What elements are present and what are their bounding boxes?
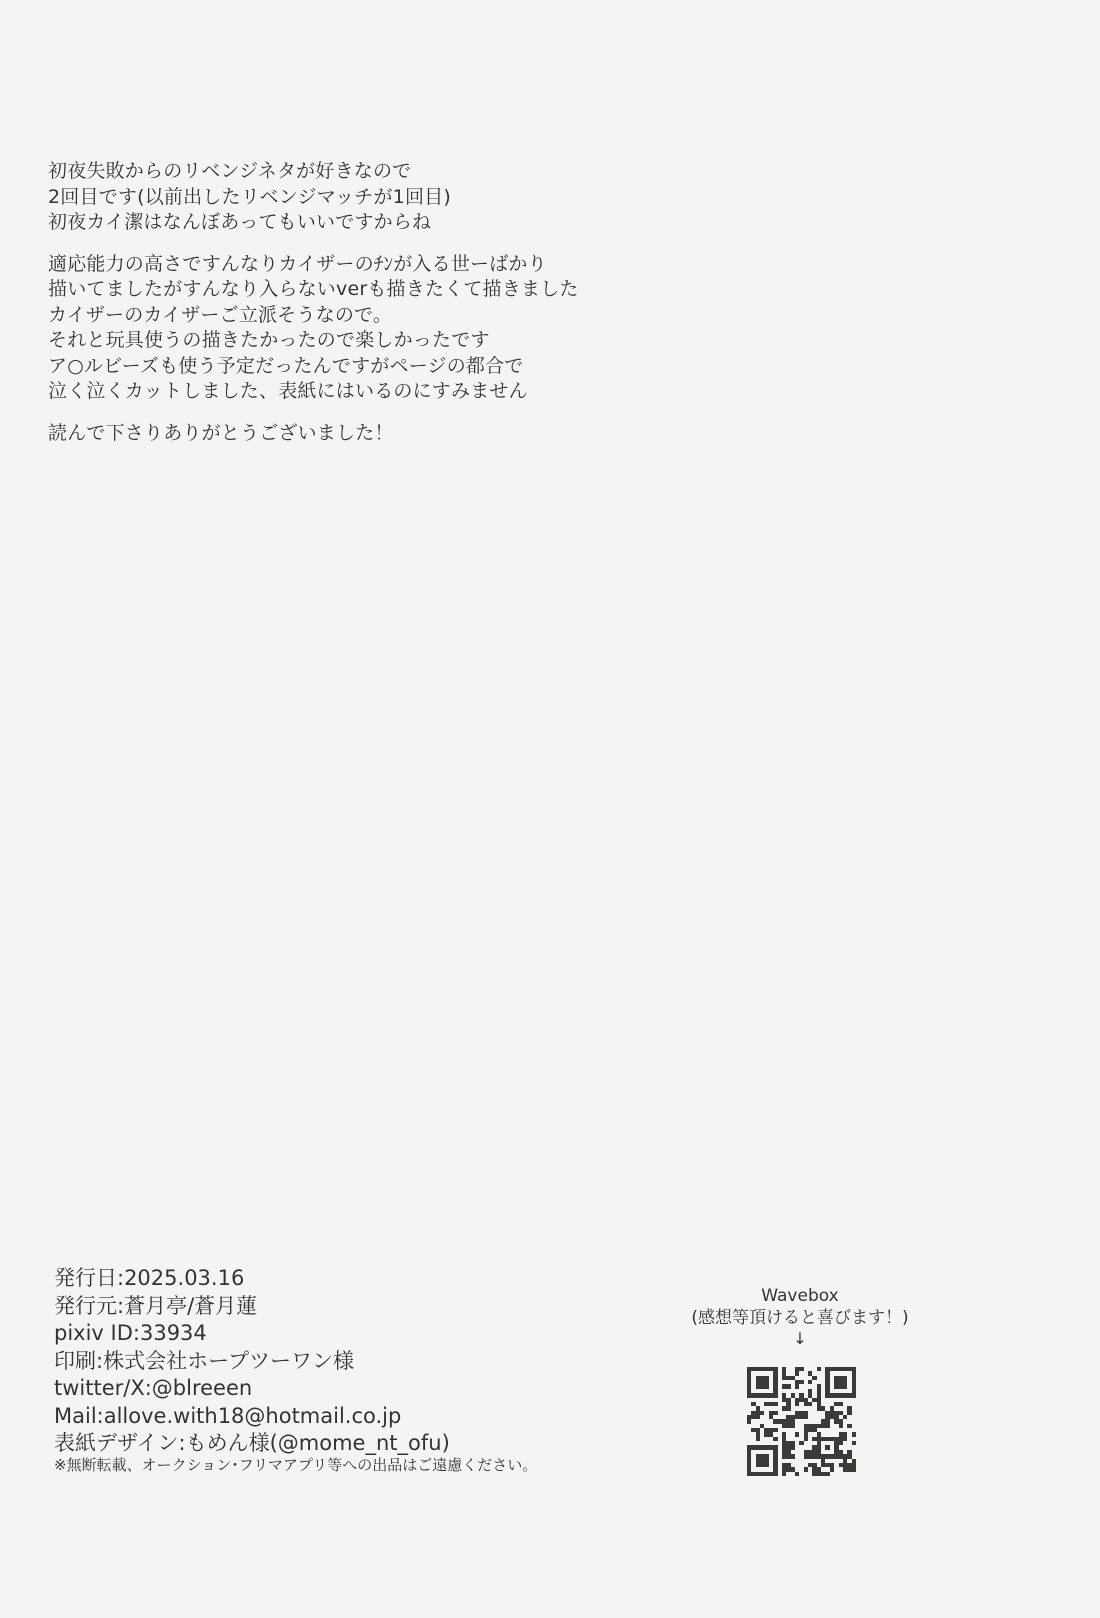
text-line: ア○ルビーズも使う予定だったんですがページの都合で [48,354,579,380]
text-line: 2回目です(以前出したリベンジマッチが1回目) [48,185,579,211]
arrow-down-icon: ↓ [650,1329,950,1349]
afterword-paragraph-2: 適応能力の高さですんなりカイザーのﾁﾝが入る世ーばかり 描いてましたがすんなり入… [48,252,579,405]
text-line: 初夜失敗からのリベンジネタが好きなので [48,159,579,185]
afterword-paragraph-1: 初夜失敗からのリベンジネタが好きなので 2回目です(以前出したリベンジマッチが1… [48,159,579,236]
twitter-handle: twitter/X:@blreeen [54,1375,537,1403]
publish-date: 発行日:2025.03.16 [54,1265,537,1293]
pixiv-id: pixiv ID:33934 [54,1320,537,1348]
printer: 印刷:株式会社ホープツーワン様 [54,1348,537,1376]
colophon: 発行日:2025.03.16 発行元:蒼月亭/蒼月蓮 pixiv ID:3393… [54,1265,537,1475]
mail-address: Mail:allove.with18@hotmail.co.jp [54,1403,537,1431]
closing-message: 読んで下さりありがとうございました！ [48,421,579,447]
text-line: 初夜カイ潔はなんぼあってもいいですからね [48,210,579,236]
wavebox-block: Wavebox (感想等頂けると喜びます！) ↓ [650,1285,950,1349]
afterword: 初夜失敗からのリベンジネタが好きなので 2回目です(以前出したリベンジマッチが1… [48,159,579,446]
text-line: 適応能力の高さですんなりカイザーのﾁﾝが入る世ーばかり [48,252,579,278]
text-line: カイザーのカイザーご立派そうなので。 [48,303,579,329]
publisher: 発行元:蒼月亭/蒼月蓮 [54,1293,537,1321]
wavebox-subtitle: (感想等頂けると喜びます！) [650,1307,950,1329]
text-line: それと玩具使うの描きたかったので楽しかったです [48,328,579,354]
text-line: 描いてましたがすんなり入らないverも描きたくて描きました [48,277,579,303]
wavebox-title: Wavebox [650,1285,950,1307]
reprint-notice: ※無断転載、オークション･フリマアプリ等への出品はご遠慮ください。 [54,1455,537,1475]
qr-code-icon [747,1367,856,1476]
cover-design-credit: 表紙デザイン:もめん様(@mome_nt_ofu) [54,1430,537,1458]
text-line: 泣く泣くカットしました、表紙にはいるのにすみません [48,379,579,405]
